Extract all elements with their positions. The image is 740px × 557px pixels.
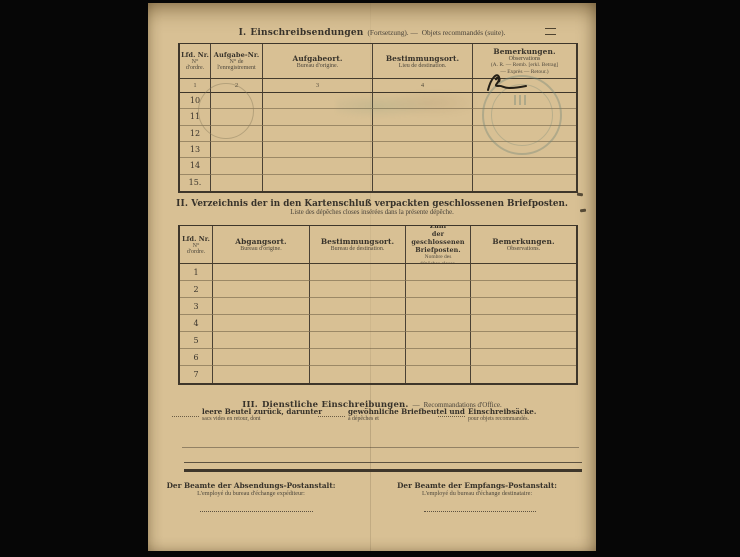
empty-cell xyxy=(472,109,576,125)
edge-tear-mark xyxy=(577,193,583,196)
row-number: 13 xyxy=(180,142,210,158)
fill-in-blank xyxy=(438,407,465,417)
header-fr: d'ordre. xyxy=(187,249,205,255)
blank-label-de: leere Beutel zurück, darunter xyxy=(202,407,322,416)
header-de: Aufgabe-Nr. xyxy=(214,51,259,59)
empty-cell xyxy=(405,264,470,281)
header-de: Briefposten. xyxy=(415,246,460,254)
t1-header-aufgabe-nr: Aufgabe-Nr. N° de l'enregistrement xyxy=(210,44,262,79)
empty-cell xyxy=(372,158,472,174)
section1-title-fr: Objets recommandés (suite). xyxy=(422,28,506,37)
t2-header-bestimmungsort: Bestimmungsort. Bureau de destination. xyxy=(309,226,405,264)
empty-cell xyxy=(309,366,405,383)
fill-in-blank xyxy=(318,407,345,417)
empty-cell xyxy=(405,298,470,315)
signature-label-fr: L'employé du bureau d'échange destinatai… xyxy=(394,490,560,497)
row-number: 6 xyxy=(180,349,212,366)
empty-cell xyxy=(212,349,309,366)
header-fr: Lieu de destination. xyxy=(399,63,447,69)
header-fr: Observations. xyxy=(507,246,540,252)
empty-cell xyxy=(210,142,262,158)
header-de: Aufgabeort. xyxy=(292,54,342,63)
section2-title-de: II. Verzeichnis der in den Kartenschluß … xyxy=(148,199,596,209)
section2-title: II. Verzeichnis der in den Kartenschluß … xyxy=(148,199,596,216)
t1-header-lfd-nr: Lfd. Nr. N° d'ordre. xyxy=(180,44,210,79)
header-fr: Bureau d'origine. xyxy=(240,246,281,252)
signature-label-de: Der Beamte der Empfangs-Postanstalt: xyxy=(394,481,560,490)
section1-title-note: (Fortsetzung). — xyxy=(367,28,417,37)
empty-cell xyxy=(262,175,372,191)
empty-cell xyxy=(210,109,262,125)
column-number: 2 xyxy=(210,79,262,93)
row-number: 3 xyxy=(180,298,212,315)
closed-mails-table: Lfd. Nr. N° d'ordre. Abgangsort. Bureau … xyxy=(178,225,578,385)
row-number: 1 xyxy=(180,264,212,281)
empty-cell xyxy=(309,298,405,315)
t2-header-lfd-nr: Lfd. Nr. N° d'ordre. xyxy=(180,226,212,264)
row-number: 5 xyxy=(180,332,212,349)
handwritten-ink-mark xyxy=(478,69,528,96)
fill-in-blank xyxy=(172,407,199,417)
postal-form-page: I. Einschreibsendungen (Fortsetzung). — … xyxy=(148,3,596,551)
row-number: 10 xyxy=(180,93,210,109)
empty-cell xyxy=(470,281,576,298)
section2-title-de-text: Verzeichnis der in den Kartenschluß verp… xyxy=(191,199,568,209)
signature-line-left xyxy=(200,511,313,512)
t2-header-abgangsort: Abgangsort. Bureau d'origine. xyxy=(212,226,309,264)
empty-cell xyxy=(472,126,576,142)
empty-cell xyxy=(372,175,472,191)
empty-cell xyxy=(405,366,470,383)
show-through-smudge xyxy=(336,91,476,121)
empty-cell xyxy=(262,142,372,158)
empty-cell xyxy=(470,349,576,366)
empty-cell xyxy=(210,175,262,191)
row-number: 4 xyxy=(180,315,212,332)
signature-block-dispatching-office: Der Beamte der Absendungs-Postanstalt: L… xyxy=(166,481,336,497)
empty-cell xyxy=(470,332,576,349)
empty-cell xyxy=(405,315,470,332)
section1-numeral: I. xyxy=(239,28,247,38)
header-fr: Bureau de destination. xyxy=(331,246,385,252)
header-fr: Bureau d'origine. xyxy=(297,63,338,69)
empty-cell xyxy=(309,281,405,298)
t1-header-bestimmungsort: Bestimmungsort. Lieu de destination. xyxy=(372,44,472,79)
empty-cell xyxy=(470,366,576,383)
empty-cell xyxy=(212,281,309,298)
header-fr: d'ordre. xyxy=(186,65,204,71)
blank-empty-bags: leere Beutel zurück, daruntersacs vides … xyxy=(172,407,322,422)
section1-title-de: Einschreibsendungen xyxy=(250,28,363,38)
row-number: 7 xyxy=(180,366,212,383)
column-number: 1 xyxy=(180,79,210,93)
scan-background: { "colors": { "background": "#060606", "… xyxy=(0,0,740,557)
empty-cell xyxy=(210,158,262,174)
horizontal-rule-thick xyxy=(184,469,582,472)
stray-pencil-mark xyxy=(545,28,556,35)
row-number: 11 xyxy=(180,109,210,125)
empty-cell xyxy=(309,332,405,349)
header-de: Bemerkungen. xyxy=(492,237,554,246)
empty-cell xyxy=(405,332,470,349)
empty-cell xyxy=(372,126,472,142)
row-number: 12 xyxy=(180,126,210,142)
signature-block-receiving-office: Der Beamte der Empfangs-Postanstalt: L'e… xyxy=(394,481,560,497)
empty-cell xyxy=(372,142,472,158)
signature-line-right xyxy=(424,511,536,512)
empty-cell xyxy=(405,281,470,298)
empty-cell xyxy=(212,298,309,315)
empty-cell xyxy=(309,349,405,366)
empty-cell xyxy=(472,158,576,174)
blank-registered-sacks: Einschreibsäcke.pour objets recommandés. xyxy=(438,407,536,422)
header-de: Lfd. Nr. xyxy=(181,51,209,59)
blank-label-fr: sacs vides en retour, dont xyxy=(202,416,322,422)
row-number: 2 xyxy=(180,281,212,298)
empty-cell xyxy=(212,315,309,332)
t2-header-zahl: Zahl der geschlossenen Briefposten. Nomb… xyxy=(405,226,470,264)
t2-header-bemerkungen: Bemerkungen. Observations. xyxy=(470,226,576,264)
empty-cell xyxy=(470,298,576,315)
blank-label-de: Einschreibsäcke. xyxy=(468,407,536,416)
blank-label-fr: pour objets recommandés. xyxy=(468,416,536,422)
empty-cell xyxy=(405,349,470,366)
header-de: Bestimmungsort. xyxy=(321,237,394,246)
section1-title: I. Einschreibsendungen (Fortsetzung). — … xyxy=(148,22,596,40)
empty-cell xyxy=(262,158,372,174)
header-de: Bemerkungen. xyxy=(493,47,555,56)
empty-cell xyxy=(472,175,576,191)
signature-label-de: Der Beamte der Absendungs-Postanstalt: xyxy=(166,481,336,490)
empty-cell xyxy=(212,264,309,281)
empty-cell xyxy=(210,93,262,109)
empty-cell xyxy=(212,366,309,383)
horizontal-rule xyxy=(184,462,582,463)
signature-label-fr: L'employé du bureau d'échange expéditeur… xyxy=(166,490,336,497)
empty-cell xyxy=(470,264,576,281)
section2-numeral: II. xyxy=(176,199,188,209)
empty-cell xyxy=(472,142,576,158)
empty-cell xyxy=(210,126,262,142)
horizontal-rule xyxy=(182,447,579,448)
t1-header-aufgabeort: Aufgabeort. Bureau d'origine. xyxy=(262,44,372,79)
empty-cell xyxy=(309,264,405,281)
section2-title-fr: Liste des dépêches closes insérées dans … xyxy=(148,209,596,216)
row-number: 14 xyxy=(180,158,210,174)
header-de: der geschlossenen xyxy=(407,230,469,246)
empty-cell xyxy=(212,332,309,349)
header-de: Abgangsort. xyxy=(235,237,286,246)
empty-cell xyxy=(309,315,405,332)
empty-cell xyxy=(262,126,372,142)
header-de: Lfd. Nr. xyxy=(182,235,210,243)
header-de: Bestimmungsort. xyxy=(386,54,459,63)
empty-cell xyxy=(470,315,576,332)
header-fr: l'enregistrement xyxy=(217,65,255,71)
row-number: 15. xyxy=(180,175,210,191)
